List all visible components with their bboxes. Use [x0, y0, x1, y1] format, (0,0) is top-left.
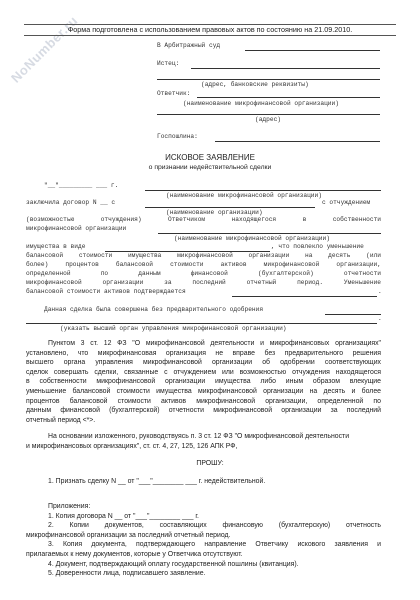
law-line: уменьшение балансовой стоимости имуществ… [26, 387, 381, 397]
facts-line-5-end: , что повлекло уменьшение [271, 243, 364, 251]
basis-paragraph: На основании изложенного, руководствуясь… [26, 432, 396, 451]
court-label: В Арбитражный суд [157, 42, 220, 50]
approval-field[interactable] [325, 314, 381, 315]
law-line: установлено, что микрофинансовая организ… [26, 349, 381, 359]
fee-label: Госпошлина: [157, 133, 198, 141]
facts-line-6: балансовой стоимости имущества микрофина… [26, 252, 381, 260]
attachment-item-cont: микрофинансовой организации за последний… [26, 531, 381, 541]
approval-field-2[interactable] [26, 323, 377, 324]
attachment-item: 4. Документ, подтверждающий оплату госуд… [26, 560, 381, 570]
request-item: 1. Признать сделку N __ от "___"________… [48, 477, 388, 487]
facts-line-8: определенной по данным финансовой (бухга… [26, 270, 381, 278]
document-subtitle: о признании недействительной сделки [0, 164, 420, 171]
law-line-last: отчетный период <*>. [26, 416, 381, 426]
law-line: в собственности микрофинансовой организа… [26, 377, 381, 387]
facts-line-5: имущества в виде [26, 243, 85, 251]
mfo-caption-2: (наименование микрофинансовой организаци… [174, 235, 330, 242]
approval-end: . [378, 315, 382, 323]
law-line: Пунктом 3 ст. 12 ФЗ "О микрофинансовой д… [26, 339, 381, 349]
law-line: высшего органа управления микрофинансово… [26, 358, 381, 368]
document-title: ИСКОВОЕ ЗАЯВЛЕНИЕ [0, 153, 420, 162]
court-field[interactable] [245, 50, 380, 51]
plaintiff-field[interactable] [191, 68, 380, 69]
basis-line-1: На основании изложенного, руководствуясь… [26, 432, 396, 442]
law-line: сделок совершать сделки, связанные с отч… [26, 368, 381, 378]
date-line: "__"_________ ___ г. [44, 182, 118, 190]
mfo-name-field-2[interactable] [158, 233, 381, 234]
facts-line-10: балансовой стоимости активов подтверждае… [26, 288, 186, 296]
law-line: данным финансовой (бухгалтерской) отчетн… [26, 406, 381, 416]
fee-field[interactable] [215, 141, 380, 142]
facts-line-4: микрофинансовой организации [26, 225, 126, 233]
defendant-label: Ответчик: [157, 90, 190, 98]
evidence-field[interactable] [232, 296, 377, 297]
attachment-item: 1. Копия договора N __ от "___"________ … [26, 512, 381, 522]
defendant-address-caption: (адрес) [255, 116, 281, 123]
governing-body-caption: (указать высший орган управления микрофи… [60, 325, 287, 332]
basis-line-2: и микрофинансовых организациях", ст. ст.… [26, 442, 396, 452]
defendant-address-field[interactable] [157, 114, 380, 115]
org-caption: (наименование организации) [166, 209, 263, 216]
attachments-heading: Приложения: [26, 502, 381, 512]
request-heading: ПРОШУ: [0, 460, 420, 467]
law-paragraph: Пунктом 3 ст. 12 ФЗ "О микрофинансовой д… [26, 339, 381, 425]
approval-text: Данная сделка была совершена без предвар… [44, 306, 263, 314]
facts-line-9: микрофинансовой организации за последний… [26, 279, 381, 287]
attachments-block: Приложения: 1. Копия договора N __ от "_… [26, 502, 381, 579]
plaintiff-label: Истец: [157, 60, 179, 68]
attachment-item: 3. Копия документа, подтверждающего напр… [26, 540, 381, 550]
facts-line-7: более) процентов балансовой стоимости ак… [26, 261, 381, 269]
contract-text: заключила договор N __ с [26, 199, 115, 207]
mfo-caption: (наименование микрофинансовой организаци… [166, 192, 322, 199]
mfo-name-field[interactable] [145, 190, 381, 191]
plaintiff-address-field[interactable] [157, 79, 380, 80]
defendant-field[interactable] [197, 97, 380, 98]
attachment-item: 2. Копии документов, составляющих финанс… [26, 521, 381, 531]
defendant-caption: (наименование микрофинансовой организаци… [183, 100, 339, 107]
facts-line-10-end: . [378, 288, 382, 296]
facts-line-3: (возможностью отчуждения) Ответчиком нах… [26, 216, 381, 224]
attachment-item-cont: прилагаемых к нему документов, которые у… [26, 550, 381, 560]
form-version-note: Форма подготовлена с использованием прав… [24, 24, 396, 36]
attachment-item: 5. Доверенности лица, подписавшего заявл… [26, 569, 381, 579]
alienation-text: с отчуждением [322, 199, 370, 207]
counterparty-field[interactable] [145, 207, 315, 208]
law-line: процентов балансовой стоимости активов м… [26, 397, 381, 407]
plaintiff-caption: (адрес, банковские реквизиты) [201, 81, 309, 88]
